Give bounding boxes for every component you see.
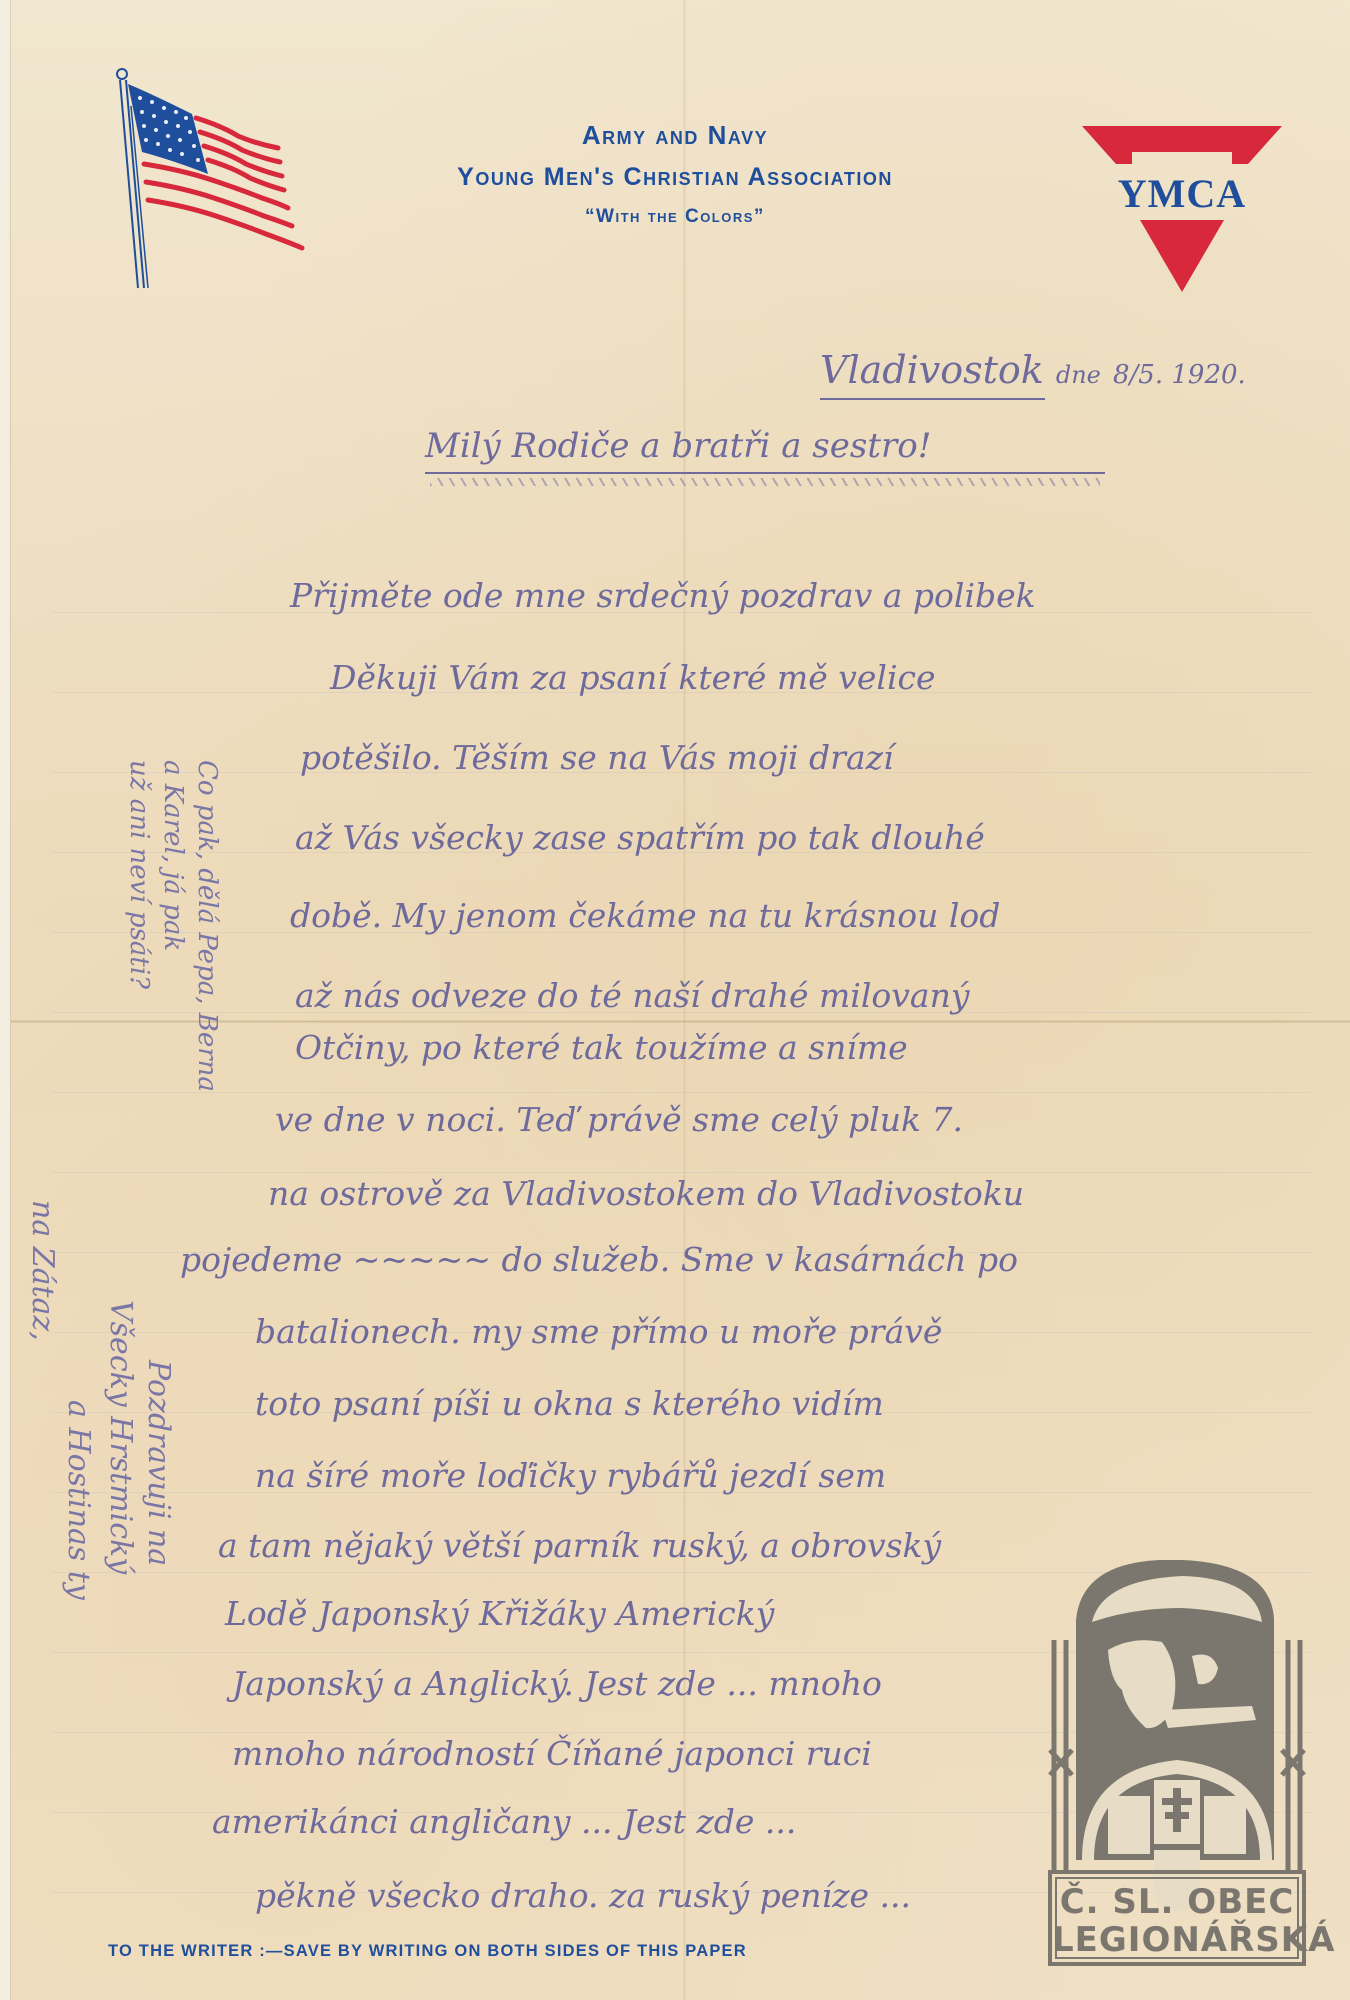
margin-note: Co pak, dělá Pepa, Berna — [192, 760, 222, 1092]
letter-line: Přijměte ode mne srdečný pozdrav a polib… — [290, 576, 1036, 615]
letterhead: Army and Navy Young Men's Christian Asso… — [300, 120, 1050, 228]
letter-line: Lodě Japonský Křižáky Americký — [225, 1594, 774, 1633]
letter-line: na šíré moře loďičky rybářů jezdí sem — [255, 1456, 886, 1495]
margin-note: na Zátaz, — [25, 1200, 60, 1341]
letterhead-line-2: Young Men's Christian Association — [300, 163, 1050, 192]
us-flag-icon — [112, 66, 312, 296]
ymca-logo-text: YMCA — [1082, 170, 1282, 217]
margin-note: a Karel, já pak — [158, 760, 188, 951]
margin-note: a Hostinas ty — [61, 1400, 96, 1600]
stamp-line-1: Č. SL. OBEC — [1052, 1882, 1302, 1922]
place-underline — [820, 398, 1045, 400]
letter-line: až nás odveze do té naší drahé milovaný — [295, 976, 969, 1015]
letter-line: až Vás všecky zase spatřím po tak dlouhé — [295, 818, 985, 857]
letter-line: době. My jenom čekáme na tu krásnou lod — [290, 896, 1000, 935]
letter-line: a tam nějaký větší parník ruský, a obrov… — [218, 1526, 941, 1565]
salutation-wavy-underline — [430, 478, 1100, 486]
letter-line: na ostrově za Vladivostokem do Vladivost… — [268, 1174, 1024, 1213]
letter-place: Vladivostok — [820, 348, 1044, 392]
letterhead-line-3: “With the Colors” — [300, 206, 1050, 228]
letter-line: batalionech. my sme přímo u moře právě — [255, 1312, 942, 1351]
letter-line: mnoho národností Číňané japonci ruci — [232, 1734, 872, 1773]
letter-place-date: Vladivostok dne 8/5. 1920. — [820, 348, 1246, 392]
margin-note: Všecky Hrstmický — [103, 1300, 138, 1574]
letter-line: Otčiny, po které tak toužíme a sníme — [295, 1028, 908, 1067]
legionarska-obec-stamp: Č. SL. OBEC LEGIONÁŘSKÁ — [1042, 1560, 1312, 1970]
letter-line: pojedeme ~~~~~ do služeb. Sme v kasárnác… — [180, 1240, 1018, 1279]
letter-date: 8/5. 1920. — [1113, 360, 1246, 390]
letter-line: toto psaní píši u okna s kterého vidím — [255, 1384, 884, 1423]
footer-printed-note: TO THE WRITER :—SAVE BY WRITING ON BOTH … — [108, 1942, 747, 1961]
letterhead-line-1: Army and Navy — [300, 120, 1050, 151]
salutation-underline — [425, 472, 1105, 474]
margin-note: už ani neví psáti? — [124, 760, 154, 989]
margin-note: Pozdravuji na — [141, 1360, 176, 1566]
letter-date-prefix: dne — [1056, 361, 1101, 389]
letter-line: Japonský a Anglický. Jest zde ... mnoho — [232, 1664, 882, 1703]
letter-line: ve dne v noci. Teď právě sme celý pluk 7… — [275, 1100, 963, 1139]
ruled-line — [51, 1172, 1311, 1173]
ruled-line — [51, 1092, 1311, 1093]
ymca-logo: YMCA — [1082, 126, 1282, 296]
letter-line: pěkně všecko draho. za ruský peníze ... — [255, 1876, 911, 1915]
stamp-line-2: LEGIONÁŘSKÁ — [1052, 1920, 1302, 1960]
letter-line: potěšilo. Těším se na Vás moji drazí — [300, 738, 894, 777]
letter-salutation: Milý Rodiče a bratři a sestro! — [425, 426, 931, 466]
letter-line: Děkuji Vám za psaní které mě velice — [330, 658, 936, 697]
letter-line: amerikánci angličany ... Jest zde ... — [212, 1802, 796, 1841]
